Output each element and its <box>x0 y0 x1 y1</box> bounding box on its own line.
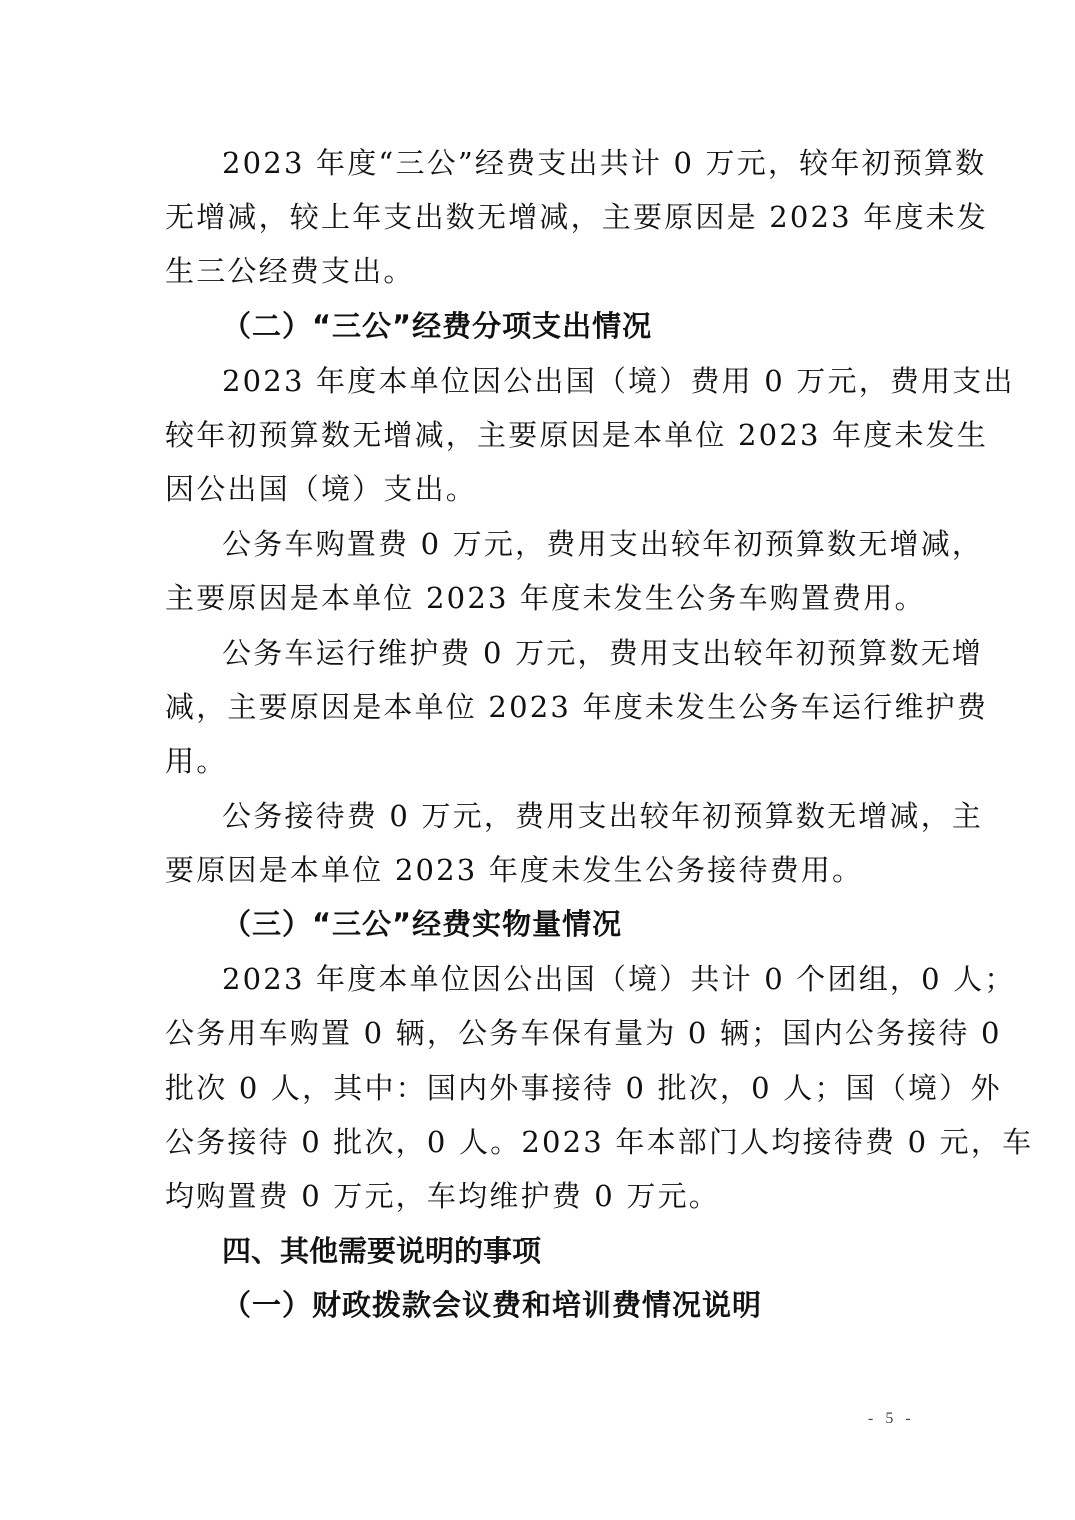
paragraph-line: 减，主要原因是本单位 2023 年度未发生公务车运行维护费 <box>165 687 988 727</box>
paragraph-line-overseas-travel: 2023 年度本单位因公出国（境）费用 0 万元，费用支出 <box>222 361 1015 401</box>
paragraph-line: 生三公经费支出。 <box>165 251 415 291</box>
paragraph-line-total-expenditure: 2023 年度“三公”经费支出共计 0 万元，较年初预算数 <box>222 143 986 183</box>
paragraph-line-vehicle-maintenance: 公务车运行维护费 0 万元，费用支出较年初预算数无增 <box>222 633 983 673</box>
paragraph-line: 较年初预算数无增减，主要原因是本单位 2023 年度未发生 <box>165 415 988 455</box>
paragraph-line: 主要原因是本单位 2023 年度未发生公务车购置费用。 <box>165 578 926 618</box>
section-heading-itemized-expenditure: （二）“三公”经费分项支出情况 <box>222 306 652 346</box>
paragraph-line-reception: 公务接待费 0 万元，费用支出较年初预算数无增减，主 <box>222 796 983 836</box>
paragraph-line: 无增减，较上年支出数无增减，主要原因是 2023 年度未发 <box>165 197 988 237</box>
paragraph-line: 因公出国（境）支出。 <box>165 469 477 509</box>
paragraph-line-physical-quantity: 2023 年度本单位因公出国（境）共计 0 个团组，0 人； <box>222 959 1016 999</box>
paragraph-line: 要原因是本单位 2023 年度未发生公务接待费用。 <box>165 850 863 890</box>
paragraph-line: 均购置费 0 万元，车均维护费 0 万元。 <box>165 1176 720 1216</box>
chapter-heading-other-matters: 四、其他需要说明的事项 <box>222 1231 541 1271</box>
paragraph-line: 公务接待 0 批次，0 人。2023 年本部门人均接待费 0 元，车 <box>165 1122 1033 1162</box>
page-number: - 5 - <box>868 1410 915 1428</box>
paragraph-line: 批次 0 人，其中：国内外事接待 0 批次，0 人；国（境）外 <box>165 1068 1002 1108</box>
paragraph-line-vehicle-purchase: 公务车购置费 0 万元，费用支出较年初预算数无增减， <box>222 524 983 564</box>
paragraph-line: 用。 <box>165 741 227 781</box>
section-heading-meeting-training-fees: （一）财政拨款会议费和培训费情况说明 <box>222 1285 762 1325</box>
paragraph-line: 公务用车购置 0 辆，公务车保有量为 0 辆；国内公务接待 0 <box>165 1013 1002 1053</box>
document-page: 2023 年度“三公”经费支出共计 0 万元，较年初预算数 无增减，较上年支出数… <box>0 0 1075 1520</box>
section-heading-physical-quantity: （三）“三公”经费实物量情况 <box>222 904 622 944</box>
